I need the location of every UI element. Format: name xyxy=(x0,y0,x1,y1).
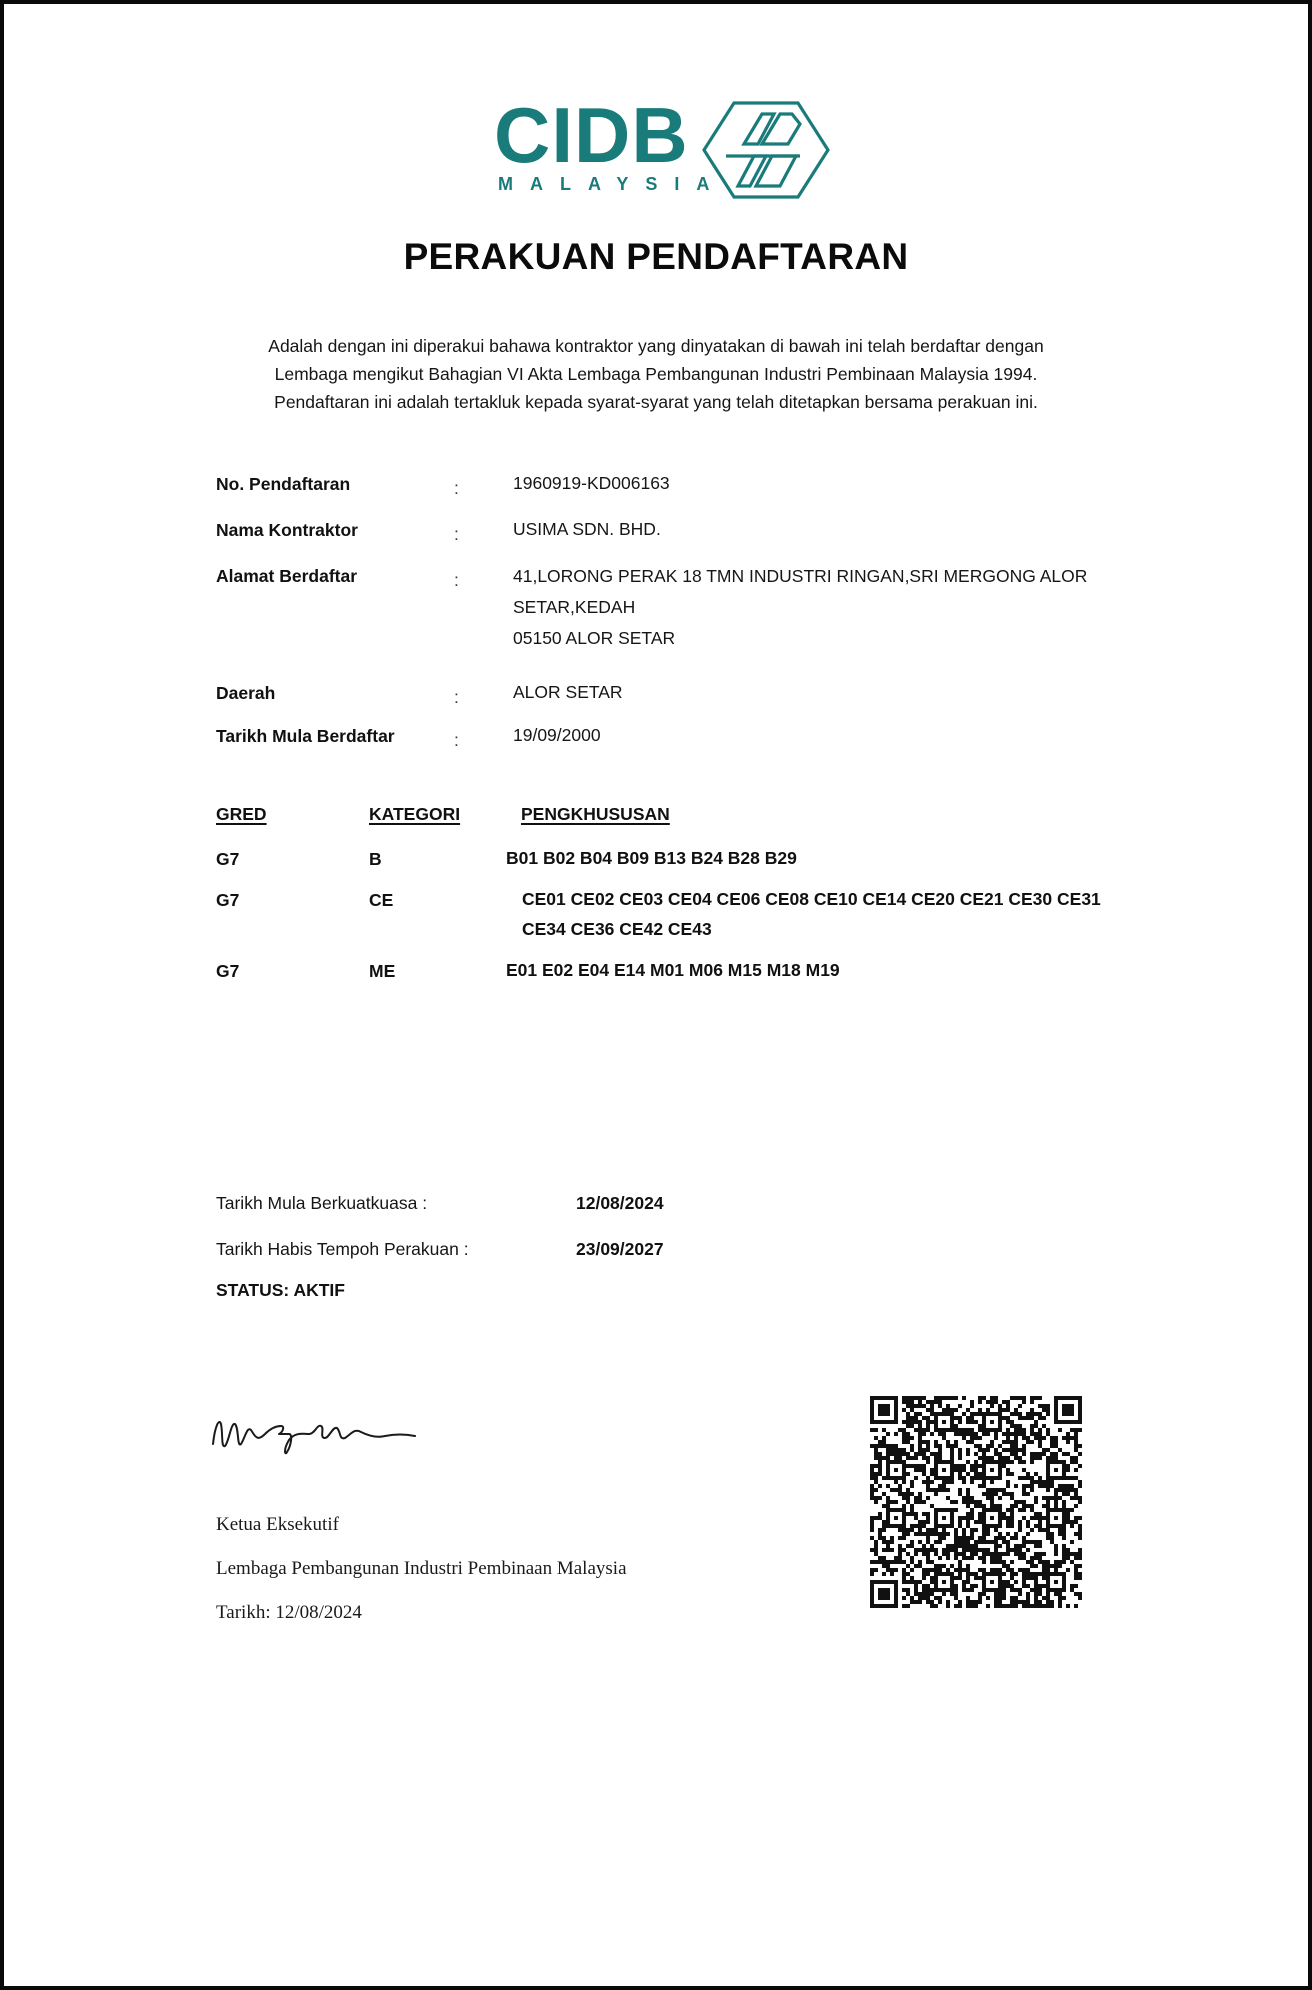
address-label: Alamat Berdaftar xyxy=(216,566,357,587)
grade-cell: G7 xyxy=(216,849,239,870)
certificate-page: CIDB MALAYSIA PERAKUAN PENDAFTARAN Adala… xyxy=(0,0,1312,1990)
contractor-name-label: Nama Kontraktor xyxy=(216,520,358,541)
logo-brand: CIDB xyxy=(494,90,689,180)
district-value: ALOR SETAR xyxy=(513,677,623,708)
separator: : xyxy=(454,730,459,751)
address-value: 41,LORONG PERAK 18 TMN INDUSTRI RINGAN,S… xyxy=(513,561,1087,654)
category-cell: B xyxy=(369,849,382,870)
specialization-line: E01 E02 E04 E14 M01 M06 M15 M18 M19 xyxy=(506,955,1186,985)
cidb-hexagon-emblem-icon xyxy=(696,100,830,200)
intro-line: Lembaga mengikut Bahagian VI Akta Lembag… xyxy=(4,360,1308,388)
effective-date-value: 12/08/2024 xyxy=(576,1193,664,1214)
specialization-line: CE34 CE36 CE42 CE43 xyxy=(522,914,1202,944)
separator: : xyxy=(454,570,459,591)
intro-paragraph: Adalah dengan ini diperakui bahawa kontr… xyxy=(4,332,1308,416)
expiry-date-value: 23/09/2027 xyxy=(576,1239,664,1260)
specialization-line: CE01 CE02 CE03 CE04 CE06 CE08 CE10 CE14 … xyxy=(522,884,1202,914)
certificate-title: PERAKUAN PENDAFTARAN xyxy=(4,236,1308,278)
qr-code-icon xyxy=(870,1396,1082,1608)
grade-cell: G7 xyxy=(216,961,239,982)
specialization-line: B01 B02 B04 B09 B13 B24 B28 B29 xyxy=(506,843,1186,873)
intro-line: Adalah dengan ini diperakui bahawa kontr… xyxy=(4,332,1308,360)
specialization-cell: E01 E02 E04 E14 M01 M06 M15 M18 M19 xyxy=(506,955,1186,985)
separator: : xyxy=(454,478,459,499)
logo-subtitle: MALAYSIA xyxy=(498,174,726,195)
category-cell: ME xyxy=(369,961,395,982)
expiry-date-label: Tarikh Habis Tempoh Perakuan : xyxy=(216,1239,469,1260)
registered-since-value: 19/09/2000 xyxy=(513,720,601,751)
status-badge: STATUS: AKTIF xyxy=(216,1280,345,1301)
cidb-logo: CIDB MALAYSIA xyxy=(492,96,832,208)
district-label: Daerah xyxy=(216,683,275,704)
specialization-cell: B01 B02 B04 B09 B13 B24 B28 B29 xyxy=(506,843,1186,873)
category-header: KATEGORI xyxy=(369,804,460,825)
grade-cell: G7 xyxy=(216,890,239,911)
address-line: 41,LORONG PERAK 18 TMN INDUSTRI RINGAN,S… xyxy=(513,561,1087,592)
intro-line: Pendaftaran ini adalah tertakluk kepada … xyxy=(4,388,1308,416)
address-line: SETAR,KEDAH xyxy=(513,592,1087,623)
effective-date-label: Tarikh Mula Berkuatkuasa : xyxy=(216,1193,427,1214)
address-line: 05150 ALOR SETAR xyxy=(513,623,1087,654)
contractor-name-value: USIMA SDN. BHD. xyxy=(513,514,661,545)
category-cell: CE xyxy=(369,890,393,911)
registration-no-value: 1960919-KD006163 xyxy=(513,468,670,499)
specialization-cell: CE01 CE02 CE03 CE04 CE06 CE08 CE10 CE14 … xyxy=(522,884,1202,944)
specialization-header: PENGKHUSUSAN xyxy=(521,804,670,825)
signatory-organization: Lembaga Pembangunan Industri Pembinaan M… xyxy=(216,1558,627,1580)
handwritten-signature-icon xyxy=(209,1404,439,1460)
registration-no-label: No. Pendaftaran xyxy=(216,474,350,495)
separator: : xyxy=(454,687,459,708)
signatory-title: Ketua Eksekutif xyxy=(216,1514,339,1536)
signatory-date: Tarikh: 12/08/2024 xyxy=(216,1602,362,1624)
registered-since-label: Tarikh Mula Berdaftar xyxy=(216,726,395,747)
grade-header: GRED xyxy=(216,804,267,825)
separator: : xyxy=(454,524,459,545)
